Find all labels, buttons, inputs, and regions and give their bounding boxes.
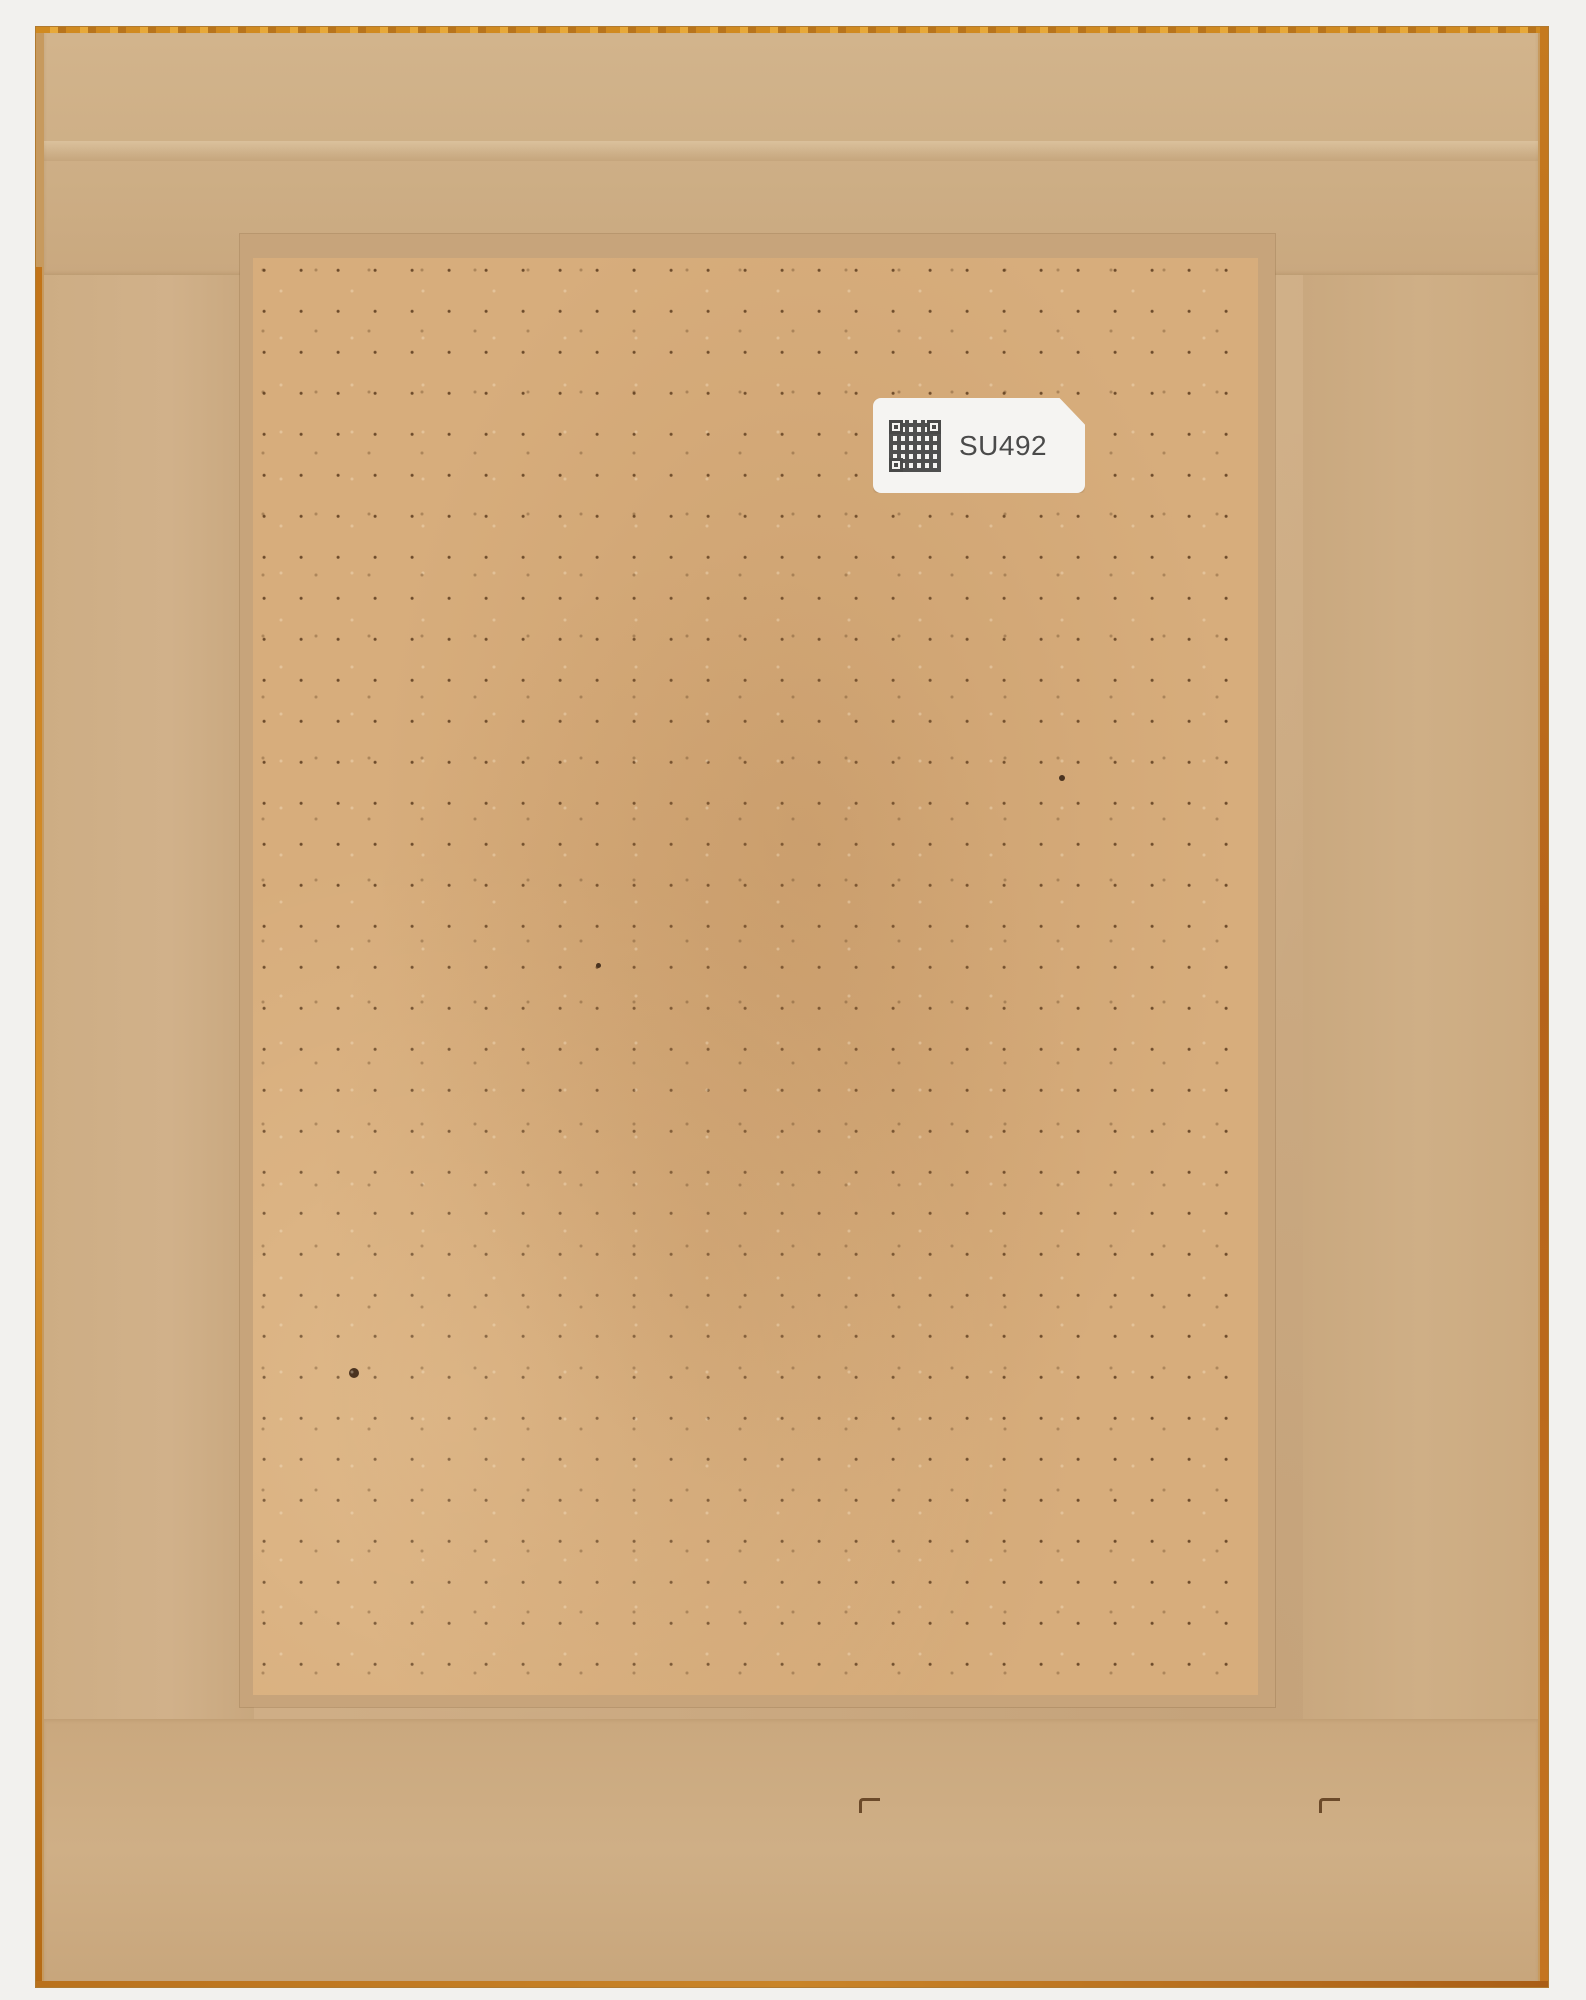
board-spot [349,1368,359,1378]
qr-code-icon [889,420,941,472]
staple-mark [1319,1798,1340,1813]
tape-strip-bottom [44,1719,1538,1981]
tape-fold-crease [44,141,1538,161]
staple-mark [859,1798,880,1813]
gilt-edge-left [36,267,42,1987]
hardboard-panel [253,258,1258,1695]
gilt-edge-bottom [36,1981,1548,1987]
tape-strip-left [44,275,254,1719]
inventory-label: SU492 [873,398,1085,493]
tape-strip-right [1303,275,1538,1719]
gilt-edge-right [1540,27,1548,1987]
board-spot [596,963,601,968]
board-spot [1059,775,1065,781]
photo-scene: SU492 [0,0,1586,2000]
inventory-code: SU492 [959,430,1047,462]
